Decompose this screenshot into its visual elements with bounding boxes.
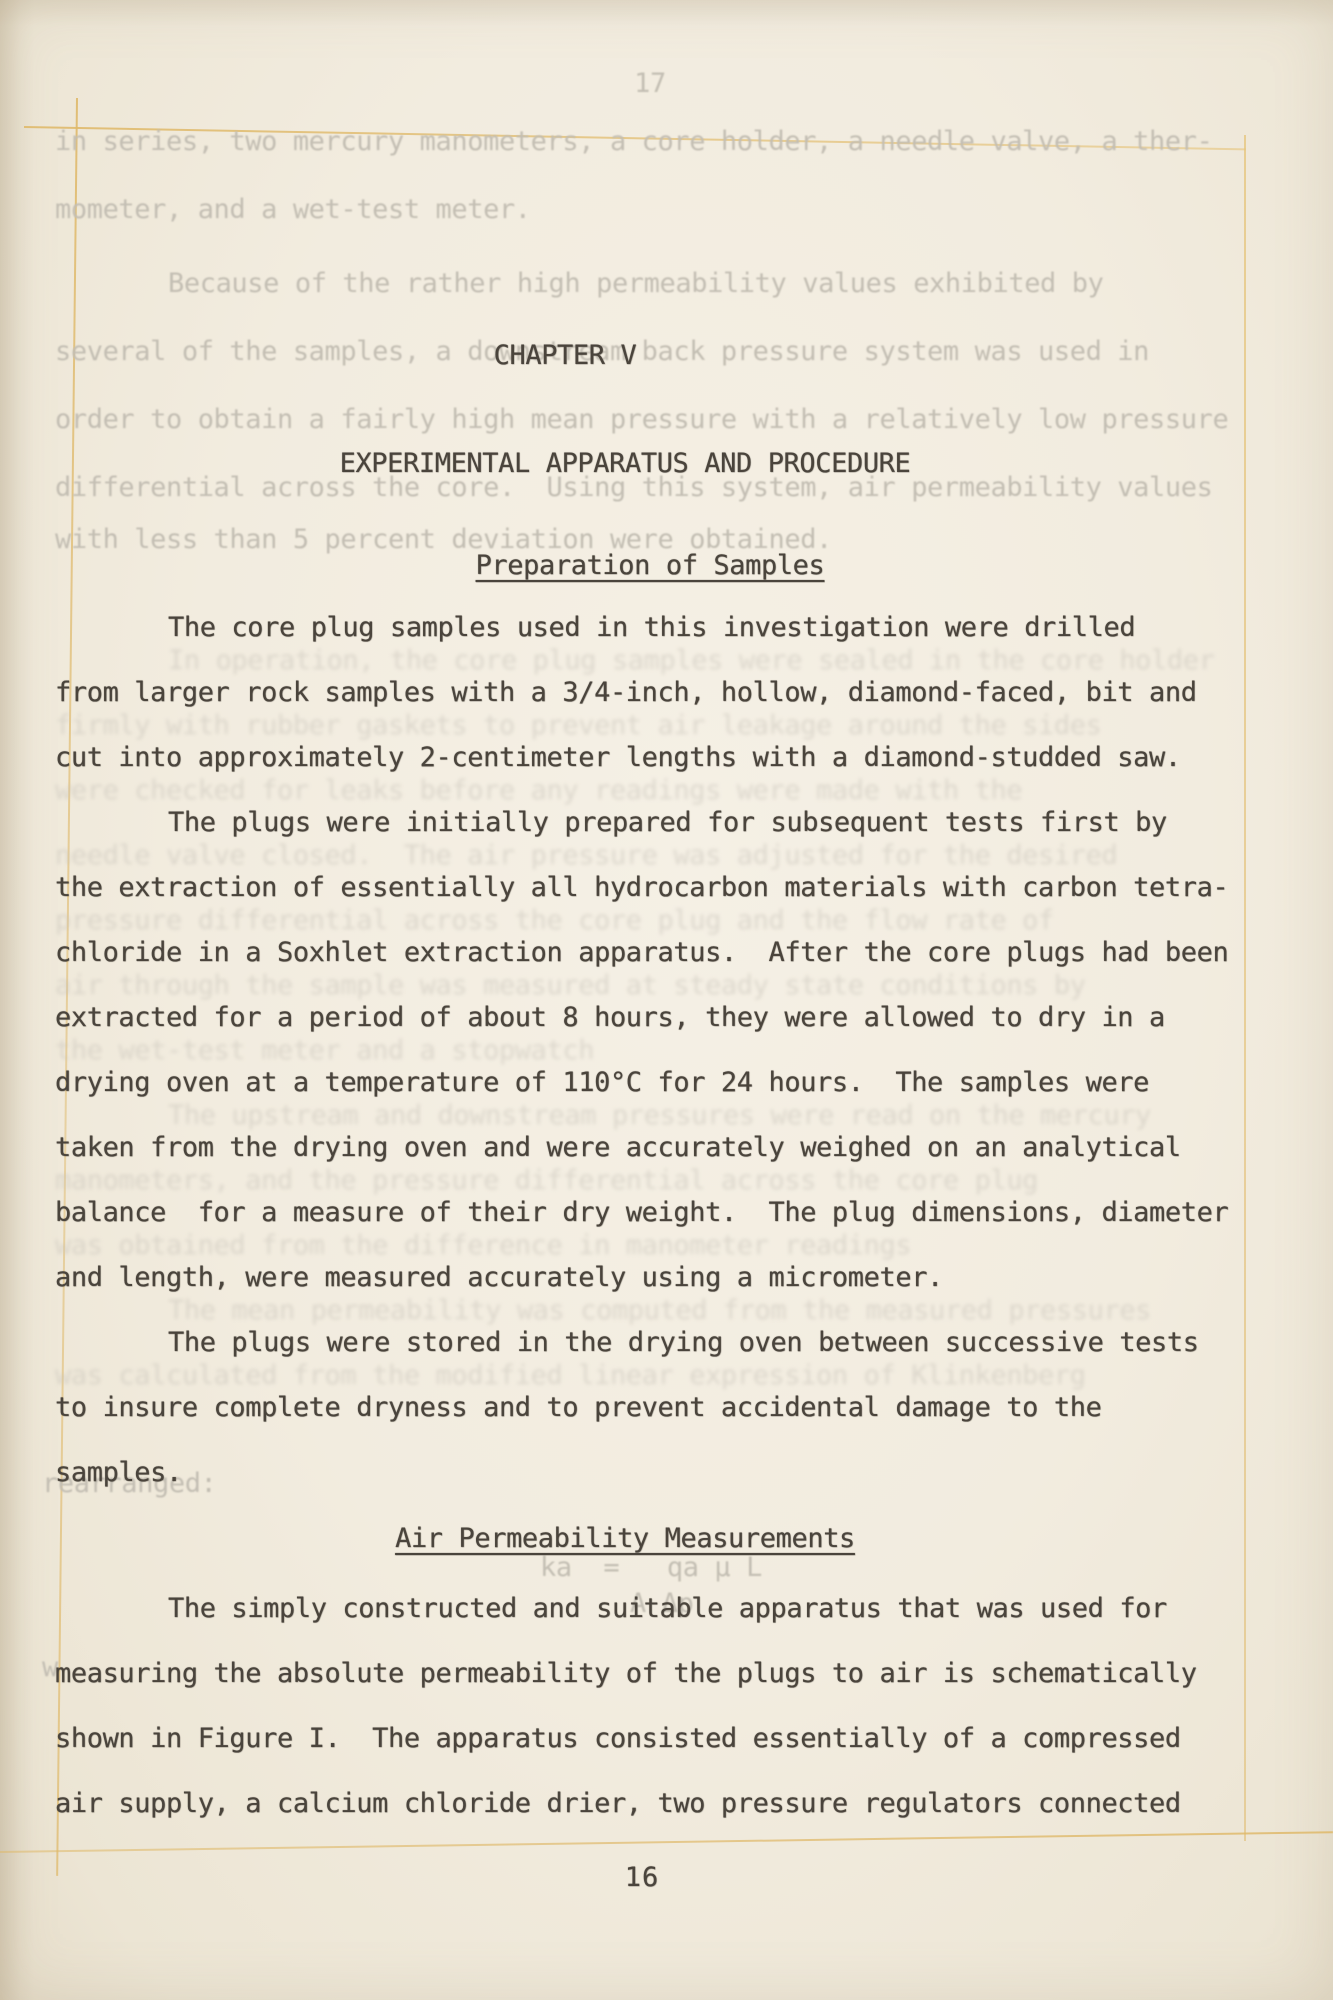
- bleedthrough-smudge: firmly with rubber gaskets to prevent ai…: [55, 710, 1255, 742]
- chapter-title: EXPERIMENTAL APPARATUS AND PROCEDURE: [30, 448, 1220, 480]
- chapter-heading: CHAPTER V: [0, 340, 1160, 372]
- bleedthrough-page-number: 17: [55, 68, 1245, 100]
- section-heading-air-permeability: Air Permeability Measurements: [30, 1523, 1220, 1555]
- bleedthrough-smudge: air through the sample was measured at s…: [55, 970, 1255, 1002]
- body-line: The simply constructed and suitable appa…: [55, 1593, 1255, 1625]
- bleedthrough-line: in series, two mercury manometers, a cor…: [55, 126, 1255, 158]
- bleedthrough-smudge: In operation, the core plug samples were…: [55, 645, 1255, 677]
- body-line: balance for a measure of their dry weigh…: [55, 1197, 1255, 1229]
- body-line: chloride in a Soxhlet extraction apparat…: [55, 937, 1255, 969]
- bleedthrough-smudge: the wet-test meter and a stopwatch: [55, 1035, 1255, 1067]
- bleedthrough-smudge: pressure differential across the core pl…: [55, 905, 1255, 937]
- bleedthrough-line: mometer, and a wet-test meter.: [55, 194, 1255, 226]
- bleedthrough-formula-numerator: ka = qa μ L: [540, 1552, 940, 1584]
- page-number: 16: [47, 1862, 1237, 1894]
- section-heading-preparation: Preparation of Samples: [55, 550, 1245, 582]
- body-line: drying oven at a temperature of 110°C fo…: [55, 1067, 1255, 1099]
- body-line: measuring the absolute permeability of t…: [55, 1658, 1255, 1690]
- bleedthrough-smudge: The mean permeability was computed from …: [55, 1295, 1255, 1327]
- body-line: cut into approximately 2-centimeter leng…: [55, 742, 1255, 774]
- bleedthrough-smudge: The upstream and downstream pressures we…: [55, 1100, 1255, 1132]
- bleedthrough-line: order to obtain a fairly high mean press…: [55, 404, 1255, 436]
- body-line: shown in Figure I. The apparatus consist…: [55, 1723, 1255, 1755]
- body-line: to insure complete dryness and to preven…: [55, 1392, 1255, 1424]
- body-line: taken from the drying oven and were accu…: [55, 1132, 1255, 1164]
- bleedthrough-line: Because of the rather high permeability …: [55, 268, 1255, 300]
- body-line: air supply, a calcium chloride drier, tw…: [55, 1788, 1255, 1820]
- bleedthrough-smudge: were checked for leaks before any readin…: [55, 775, 1255, 807]
- body-line: and length, were measured accurately usi…: [55, 1262, 1255, 1294]
- body-line: samples.: [55, 1457, 1255, 1489]
- body-line: extracted for a period of about 8 hours,…: [55, 1002, 1255, 1034]
- bleedthrough-smudge: was calculated from the modified linear …: [55, 1360, 1255, 1392]
- bleedthrough-smudge: was obtained from the difference in mano…: [55, 1230, 1255, 1262]
- body-line: The plugs were initially prepared for su…: [55, 807, 1255, 839]
- bleedthrough-smudge: needle valve closed. The air pressure wa…: [55, 840, 1255, 872]
- body-line: The core plug samples used in this inves…: [55, 612, 1255, 644]
- body-line: the extraction of essentially all hydroc…: [55, 872, 1255, 904]
- page-edge-shadow-left: [0, 0, 34, 2000]
- body-line: from larger rock samples with a 3/4-inch…: [55, 677, 1255, 709]
- scanned-document-page: 17 in series, two mercury manometers, a …: [0, 0, 1333, 2000]
- margin-rule-bottom: [0, 1831, 1333, 1853]
- page-edge-shadow-top: [0, 0, 1333, 26]
- bleedthrough-smudge: manometers, and the pressure differentia…: [55, 1165, 1255, 1197]
- body-line: The plugs were stored in the drying oven…: [55, 1327, 1255, 1359]
